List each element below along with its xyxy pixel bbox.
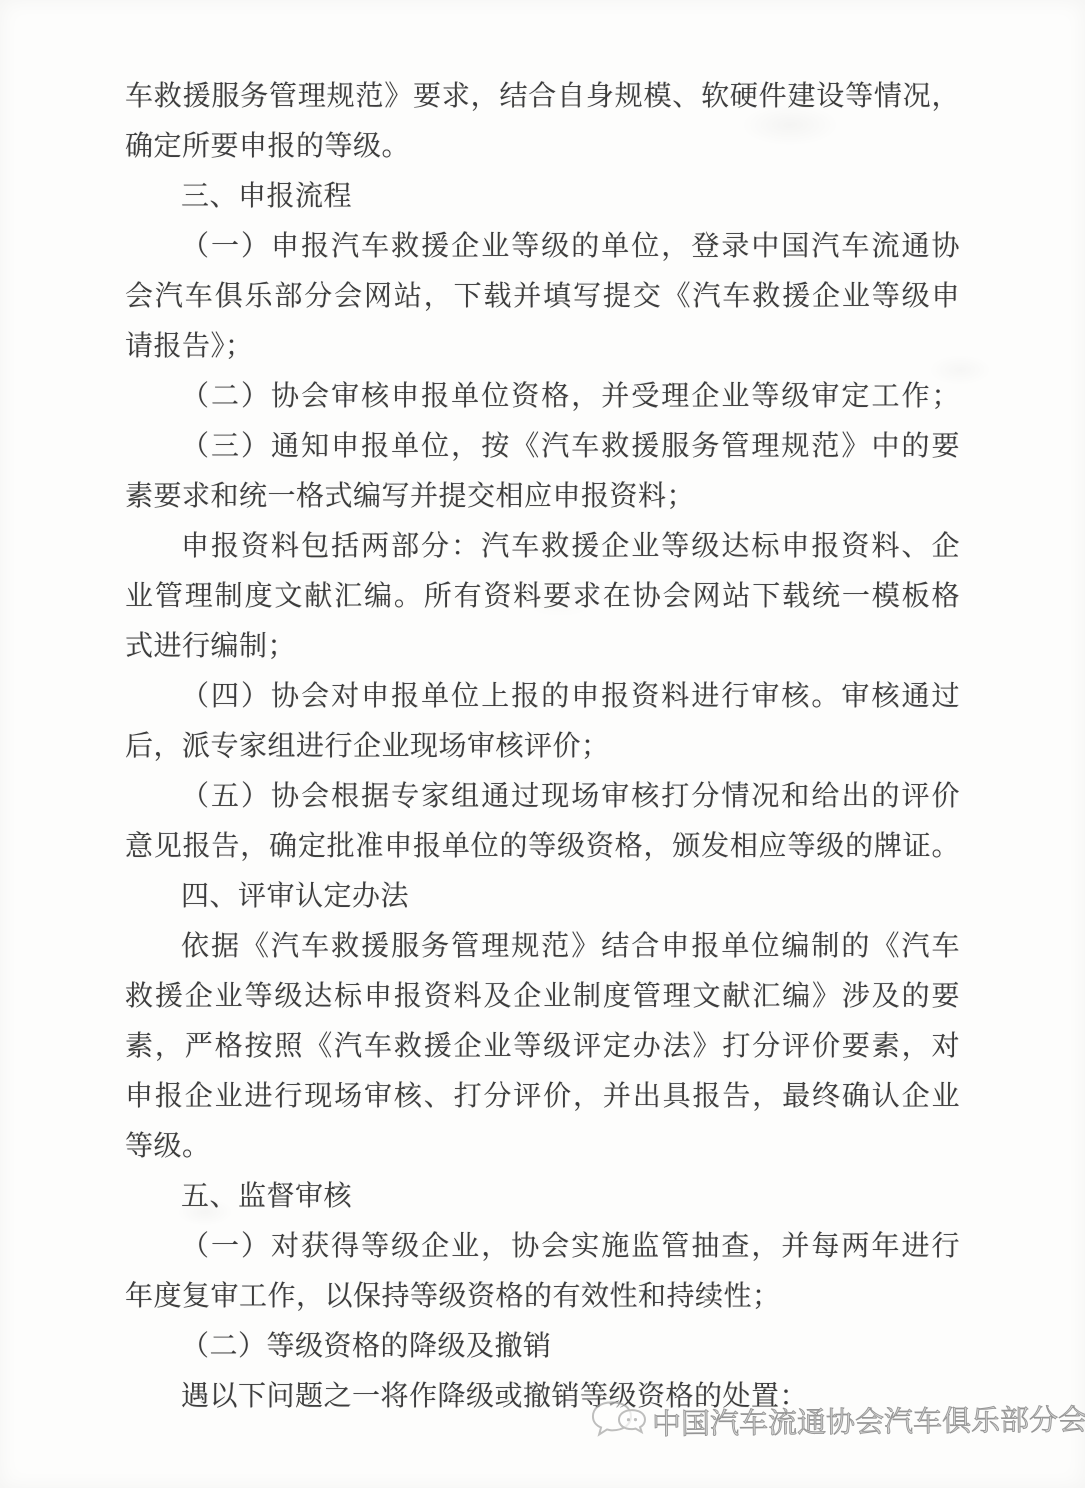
text-line: （二）协会审核申报单位资格，并受理企业等级审定工作；: [125, 372, 960, 422]
section-heading-line: 四、评审认定办法: [125, 872, 960, 922]
text-line: 救援企业等级达标申报资料及企业制度管理文献汇编》涉及的要: [125, 972, 960, 1022]
scanned-document-page: 车救援服务管理规范》要求，结合自身规模、软硬件建设等情况， 确定所要申报的等级。…: [0, 0, 1085, 1488]
text-line: 申报资料包括两部分：汽车救援企业等级达标申报资料、企: [125, 522, 960, 572]
text-line: （五）协会根据专家组通过现场审核打分情况和给出的评价: [125, 772, 960, 822]
text-line: 车救援服务管理规范》要求，结合自身规模、软硬件建设等情况，: [125, 72, 960, 122]
text-line: 会汽车俱乐部分会网站，下载并填写提交《汽车救援企业等级申: [125, 272, 960, 322]
text-line: （三）通知申报单位，按《汽车救援服务管理规范》中的要: [125, 422, 960, 472]
section-heading-line: 三、申报流程: [125, 172, 960, 222]
text-line: 请报告》；: [125, 322, 960, 372]
text-line: 年度复审工作，以保持等级资格的有效性和持续性；: [125, 1272, 960, 1322]
text-line: （二）等级资格的降级及撤销: [125, 1322, 960, 1372]
text-line: （四）协会对申报单位上报的申报资料进行审核。审核通过: [125, 672, 960, 722]
text-line: 等级。: [125, 1122, 960, 1172]
text-line: 式进行编制；: [125, 622, 960, 672]
text-line: 确定所要申报的等级。: [125, 122, 960, 172]
document-body: 车救援服务管理规范》要求，结合自身规模、软硬件建设等情况， 确定所要申报的等级。…: [125, 72, 960, 1422]
text-line: 业管理制度文献汇编。所有资料要求在协会网站下载统一模板格: [125, 572, 960, 622]
text-line: 素，严格按照《汽车救援企业等级评定办法》打分评价要素，对: [125, 1022, 960, 1072]
text-line: （一）申报汽车救援企业等级的单位，登录中国汽车流通协: [125, 222, 960, 272]
text-line: 申报企业进行现场审核、打分评价，并出具报告，最终确认企业: [125, 1072, 960, 1122]
text-line: 后，派专家组进行企业现场审核评价；: [125, 722, 960, 772]
text-line: 遇以下问题之一将作降级或撤销等级资格的处置：: [125, 1372, 960, 1422]
section-heading-line: 五、监督审核: [125, 1172, 960, 1222]
text-line: 依据《汽车救援服务管理规范》结合申报单位编制的《汽车: [125, 922, 960, 972]
text-line: （一）对获得等级企业，协会实施监管抽查，并每两年进行: [125, 1222, 960, 1272]
text-line: 素要求和统一格式编写并提交相应申报资料；: [125, 472, 960, 522]
text-line: 意见报告，确定批准申报单位的等级资格，颁发相应等级的牌证。: [125, 822, 960, 872]
